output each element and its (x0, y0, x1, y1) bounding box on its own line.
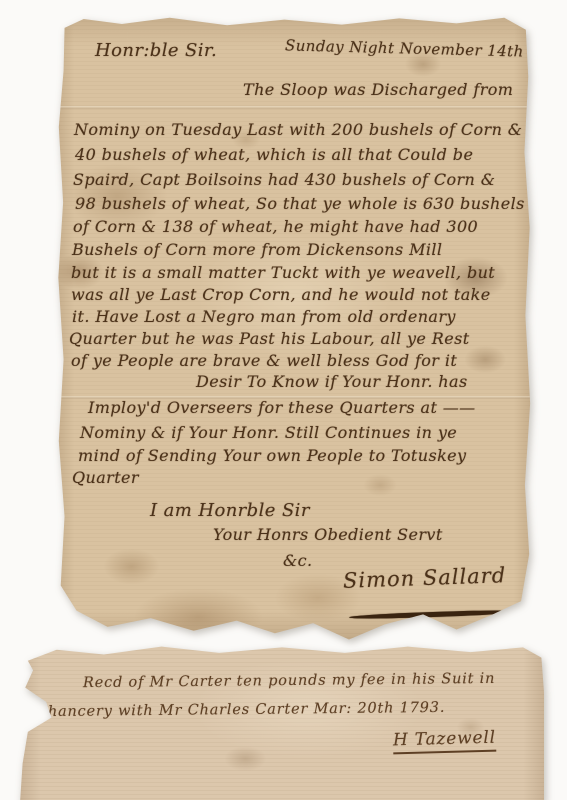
letter-line: Imploy'd Overseers for these Quarters at… (88, 398, 476, 417)
receipt-line: Chancery with Mr Charles Carter Mar: 20t… (36, 700, 445, 720)
receipt-paper-surface: Recd of Mr Carter ten pounds my fee in h… (20, 645, 544, 800)
letter-line: but it is a small matter Tuckt with ye w… (71, 263, 495, 282)
letter-line: Bushels of Corn more from Dickensons Mil… (72, 240, 442, 259)
letter-line: 98 bushels of wheat, So that ye whole is… (75, 194, 525, 213)
letter-paper: Honr:ble Sir. Sunday Night November 14th… (55, 14, 533, 642)
letter-salutation: Honr:ble Sir. (95, 40, 217, 61)
scan-background: Honr:ble Sir. Sunday Night November 14th… (0, 0, 567, 800)
letter-paper-surface: Honr:ble Sir. Sunday Night November 14th… (55, 14, 533, 642)
signature-h-tazewell: H Tazewell (393, 728, 496, 755)
receipt-line: Recd of Mr Carter ten pounds my fee in h… (83, 671, 495, 691)
letter-line: of Corn & 138 of wheat, he might have ha… (73, 217, 478, 236)
closing-etc: &c. (283, 551, 313, 570)
letter-line: of ye People are brave & well bless God … (71, 351, 457, 370)
letter-line: Nominy on Tuesday Last with 200 bushels … (74, 120, 522, 139)
fold-crease-top (55, 106, 533, 109)
signature-simon-sallard: Simon Sallard (343, 563, 507, 593)
letter-line: Nominy & if Your Honr. Still Continues i… (80, 423, 457, 442)
letter-dateline: Sunday Night November 14th 1703 (285, 36, 567, 61)
letter-line: Quarter but he was Past his Labour, all … (69, 329, 470, 348)
letter-line: Quarter (72, 468, 139, 487)
signature-flourish-underline (349, 609, 517, 620)
letter-line: Spaird, Capt Boilsoins had 430 bushels o… (73, 170, 495, 189)
letter-line: was all ye Last Crop Corn, and he would … (71, 285, 491, 304)
letter-line: mind of Sending Your own People to Totus… (78, 446, 466, 465)
closing-obedient: Your Honrs Obedient Servt (213, 525, 443, 544)
closing-i-am: I am Honrble Sir (150, 500, 310, 521)
letter-line: 40 bushels of wheat, which is all that C… (75, 145, 473, 164)
letter-line: it. Have Lost a Negro man from old orden… (72, 307, 456, 326)
letter-line: The Sloop was Discharged from (243, 80, 513, 99)
receipt-paper: Recd of Mr Carter ten pounds my fee in h… (20, 645, 544, 800)
letter-line: Desir To Know if Your Honr. has (196, 372, 468, 391)
